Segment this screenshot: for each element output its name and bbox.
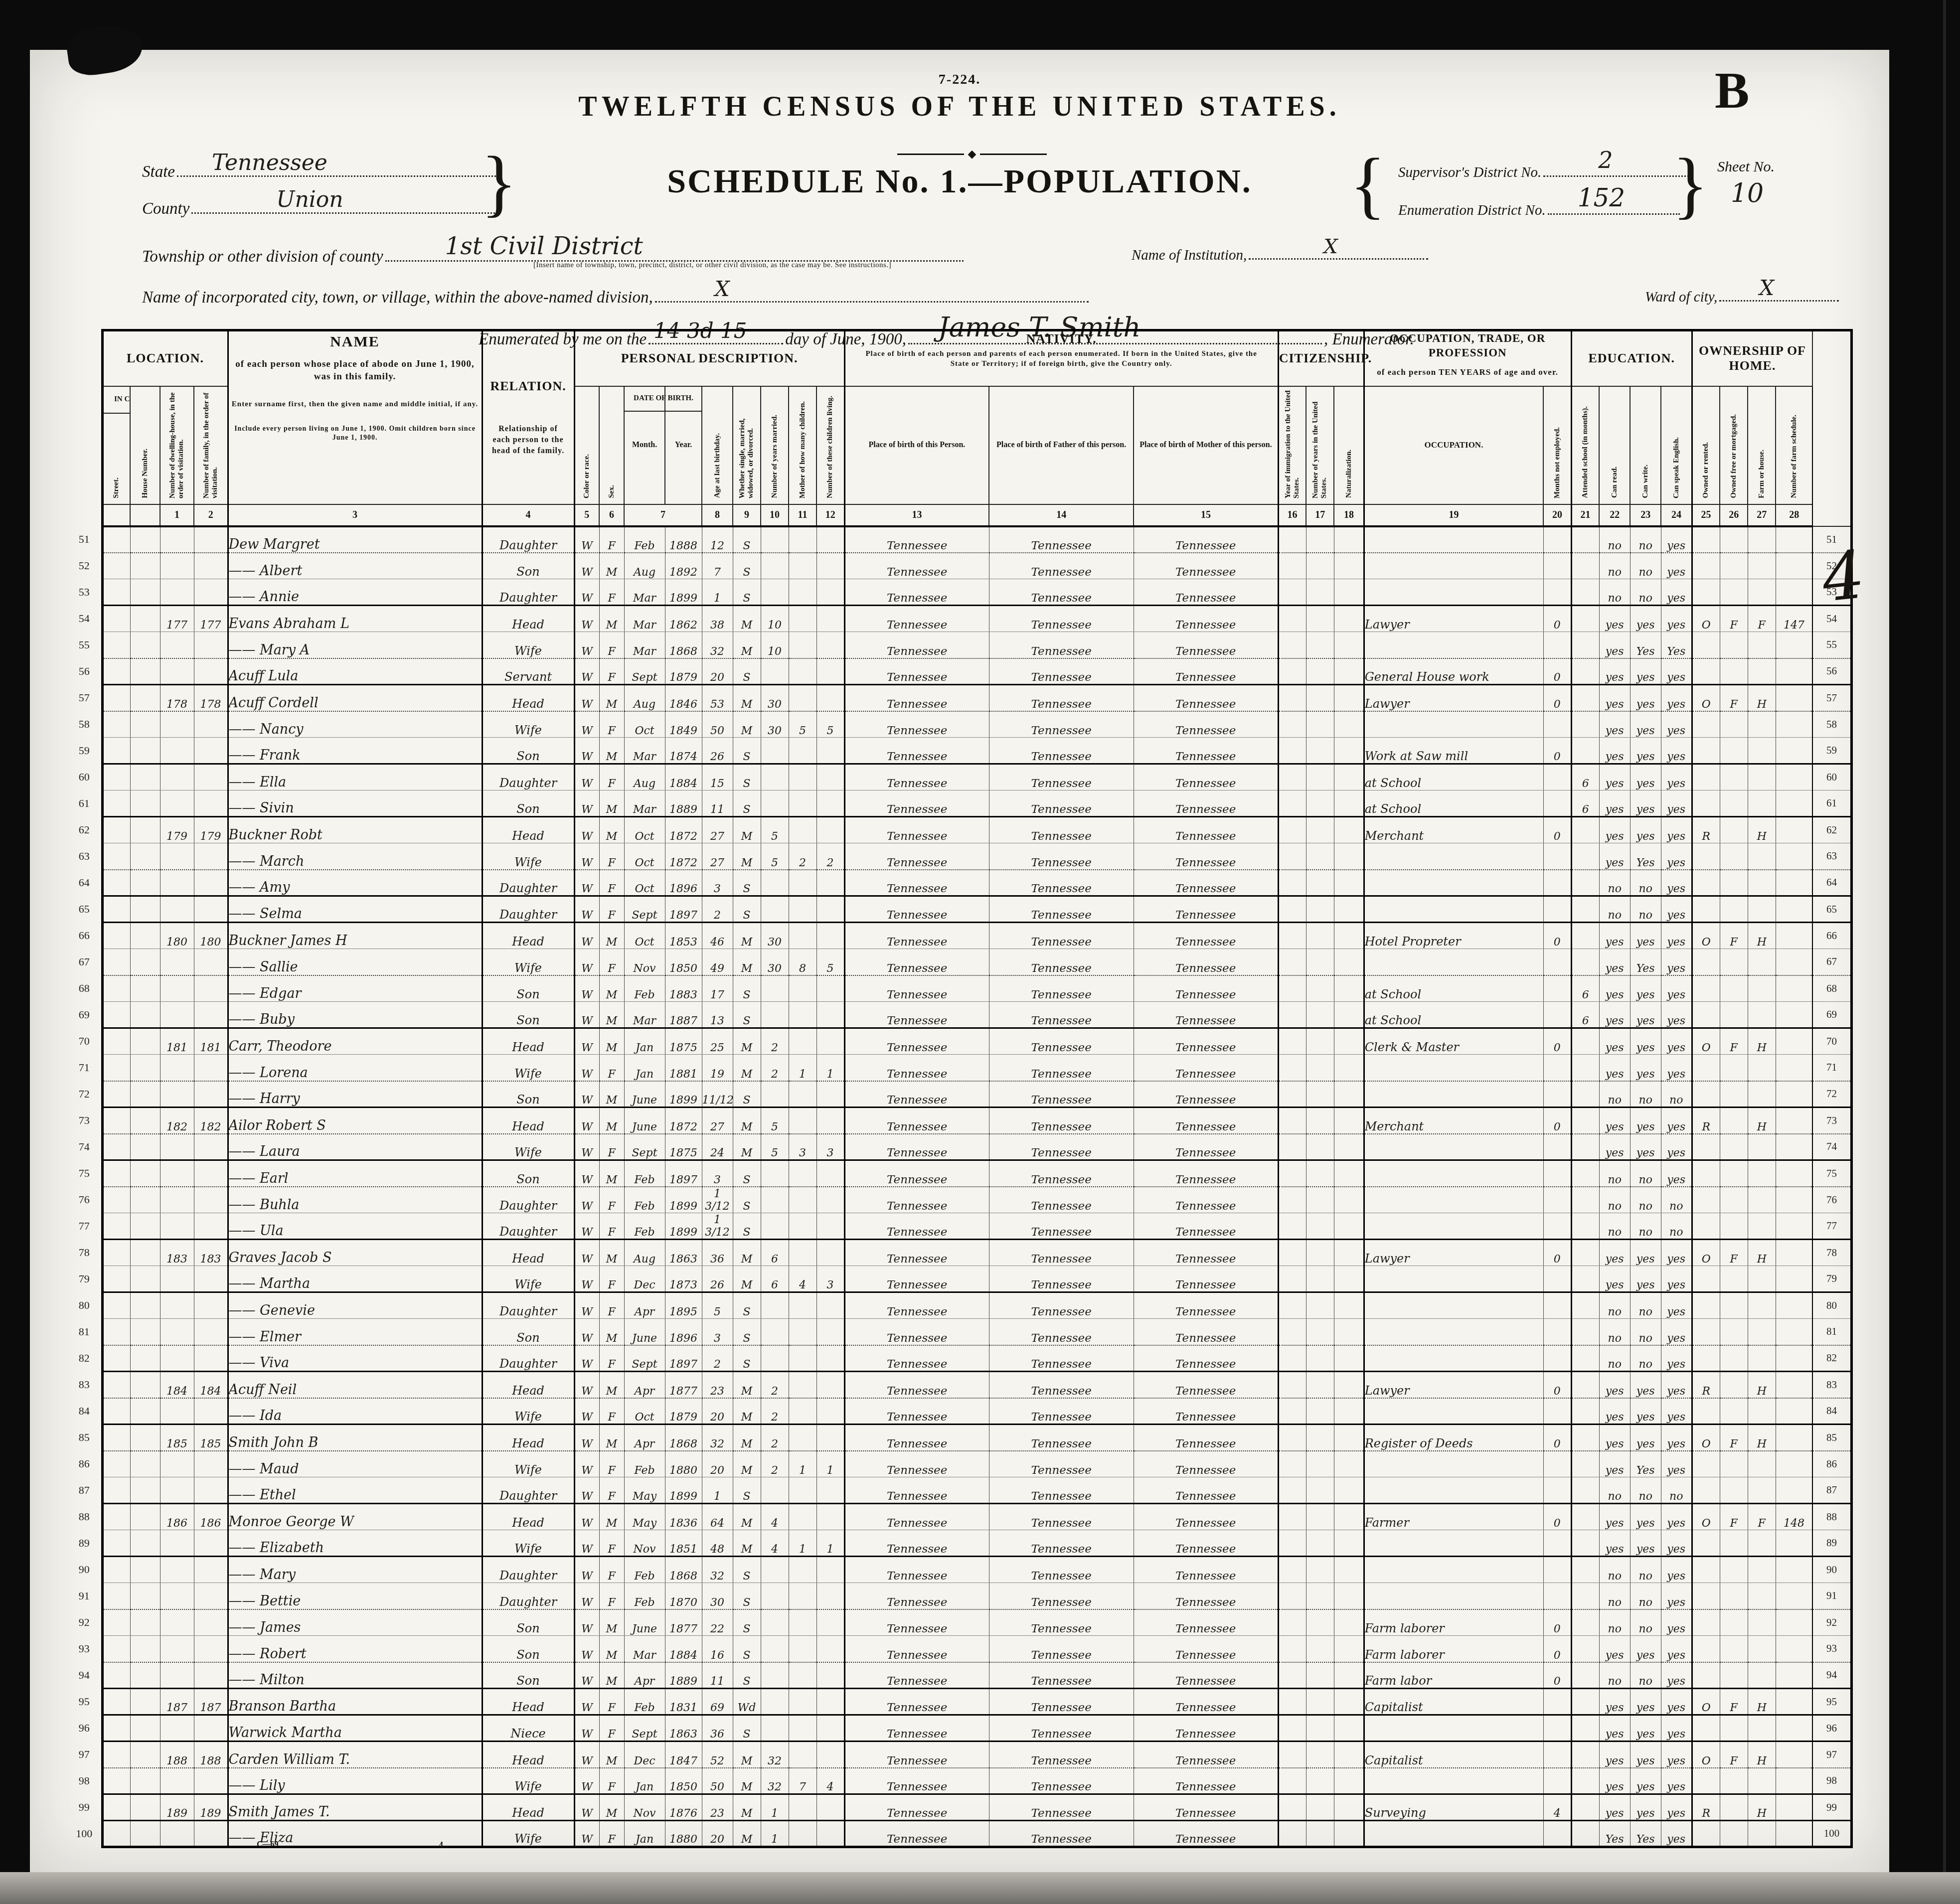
cell-relation: Wife — [482, 843, 574, 870]
cell-occupation — [1364, 1345, 1543, 1372]
cell-street — [102, 1081, 130, 1108]
cell-pob-father: Tennessee — [989, 526, 1134, 553]
table-row: 68 —— Edgar Son W M Feb 1883 17 S Tennes… — [67, 975, 1851, 1002]
cell-marital-status: M — [733, 1398, 761, 1425]
cell-years-in-us — [1306, 526, 1334, 553]
cell-farm-house — [1748, 1266, 1776, 1292]
cell-months-unemployed: 0 — [1543, 923, 1571, 949]
cell-pob-mother: Tennessee — [1134, 1451, 1278, 1477]
cell-children-living — [817, 764, 844, 791]
cell-farm-house — [1748, 791, 1776, 817]
cell-free-mortgaged — [1720, 1081, 1748, 1108]
cell-naturalization — [1334, 1319, 1364, 1345]
cell-owned-rented: R — [1692, 1794, 1720, 1821]
cell-years-married: 1 — [761, 1821, 789, 1847]
cell-street — [102, 1477, 130, 1504]
cell-pob-person: Tennessee — [844, 1768, 989, 1794]
cell-farm-schedule — [1776, 1134, 1812, 1160]
table-row: 52 —— Albert Son W M Aug 1892 7 S Tennes… — [67, 553, 1851, 579]
cell-name: Graves Jacob S — [228, 1240, 482, 1266]
cell-children-living — [817, 1372, 844, 1398]
cell-pob-father: Tennessee — [989, 1292, 1134, 1319]
cell-marital-status: M — [733, 1425, 761, 1451]
cell-occupation — [1364, 632, 1543, 658]
cell-color-race: W — [574, 738, 599, 764]
cell-can-write: no — [1630, 553, 1661, 579]
cell-attended-school — [1571, 1821, 1599, 1847]
cell-can-write: Yes — [1630, 843, 1661, 870]
line-number-left: 79 — [67, 1266, 102, 1292]
cell-naturalization — [1334, 1609, 1364, 1636]
col-marital-status: Whether single, married, widowed, or div… — [733, 386, 761, 504]
cell-months-unemployed — [1543, 1689, 1571, 1715]
cell-immigration-year — [1278, 1425, 1306, 1451]
cell-immigration-year — [1278, 1081, 1306, 1108]
cell-sex: M — [599, 1425, 624, 1451]
cell-attended-school — [1571, 1398, 1599, 1425]
cell-years-married — [761, 1213, 789, 1240]
cell-children-living — [817, 658, 844, 685]
cell-age: 50 — [702, 711, 733, 738]
cell-years-in-us — [1306, 1504, 1334, 1530]
cell-immigration-year — [1278, 1160, 1306, 1187]
line-number-right: 85 — [1812, 1425, 1851, 1451]
cell-color-race: W — [574, 1081, 599, 1108]
line-number-right: 77 — [1812, 1213, 1851, 1240]
cell-family-number — [194, 579, 228, 606]
cell-years-married — [761, 870, 789, 896]
cell-name: —— Ida — [228, 1398, 482, 1425]
cell-farm-schedule — [1776, 1662, 1812, 1689]
cell-pob-mother: Tennessee — [1134, 1530, 1278, 1557]
cell-immigration-year — [1278, 1583, 1306, 1609]
cell-can-write: yes — [1630, 685, 1661, 711]
cell-pob-mother: Tennessee — [1134, 1768, 1278, 1794]
cell-age: 26 — [702, 1266, 733, 1292]
cell-years-in-us — [1306, 738, 1334, 764]
cell-dwelling-number — [160, 579, 194, 606]
cell-attended-school — [1571, 1345, 1599, 1372]
cell-years-in-us — [1306, 1240, 1334, 1266]
form-print-code: C—69 — [257, 1840, 279, 1849]
cell-sex: M — [599, 1742, 624, 1768]
cell-birth-month: Jan — [624, 1055, 665, 1081]
cell-years-in-us — [1306, 1715, 1334, 1742]
cell-marital-status: S — [733, 1583, 761, 1609]
cell-name: Monroe George W — [228, 1504, 482, 1530]
col-owned-rented: Owned or rented. — [1692, 386, 1720, 504]
cell-owned-rented: O — [1692, 1425, 1720, 1451]
cell-children-living — [817, 1557, 844, 1583]
cell-farm-schedule — [1776, 1689, 1812, 1715]
cell-pob-mother: Tennessee — [1134, 685, 1278, 711]
cell-can-read: no — [1599, 1557, 1630, 1583]
cell-can-speak-english: yes — [1661, 1160, 1692, 1187]
cell-mother-of-children — [789, 817, 817, 843]
cell-pob-person: Tennessee — [844, 1372, 989, 1398]
line-number-right: 76 — [1812, 1187, 1851, 1213]
cell-relation: Daughter — [482, 896, 574, 923]
cell-sex: M — [599, 1794, 624, 1821]
cell-farm-schedule — [1776, 1583, 1812, 1609]
cell-pob-father: Tennessee — [989, 1187, 1134, 1213]
cell-birth-month: Aug — [624, 685, 665, 711]
scan-bottom-edge — [0, 1872, 1960, 1904]
cell-birth-month: Feb — [624, 1187, 665, 1213]
cell-mother-of-children — [789, 1160, 817, 1187]
line-number-left: 52 — [67, 553, 102, 579]
cell-birth-month: Jan — [624, 1768, 665, 1794]
cell-house-number — [130, 711, 160, 738]
cell-birth-month: Jan — [624, 1821, 665, 1847]
cell-name: —— Amy — [228, 870, 482, 896]
cell-color-race: W — [574, 526, 599, 553]
cell-dwelling-number: 180 — [160, 923, 194, 949]
cell-pob-person: Tennessee — [844, 1213, 989, 1240]
cell-pob-father: Tennessee — [989, 1028, 1134, 1055]
cell-owned-rented — [1692, 1715, 1720, 1742]
cell-children-living: 1 — [817, 1055, 844, 1081]
cell-can-read: yes — [1599, 658, 1630, 685]
cell-owned-rented — [1692, 579, 1720, 606]
col-house-number: House Number. — [130, 386, 160, 504]
cell-can-speak-english: yes — [1661, 1266, 1692, 1292]
cell-free-mortgaged — [1720, 553, 1748, 579]
cell-can-read: no — [1599, 1583, 1630, 1609]
cell-pob-mother: Tennessee — [1134, 526, 1278, 553]
line-number-left: 71 — [67, 1055, 102, 1081]
cell-free-mortgaged — [1720, 632, 1748, 658]
cell-dwelling-number — [160, 1530, 194, 1557]
cell-years-married — [761, 1609, 789, 1636]
cell-farm-schedule — [1776, 553, 1812, 579]
cell-street — [102, 1504, 130, 1530]
cell-months-unemployed — [1543, 870, 1571, 896]
cell-can-speak-english: no — [1661, 1477, 1692, 1504]
cell-name: —— Viva — [228, 1345, 482, 1372]
cell-pob-person: Tennessee — [844, 1292, 989, 1319]
cell-mother-of-children — [789, 870, 817, 896]
cell-sex: F — [599, 1477, 624, 1504]
cell-age: 1 3/12 — [702, 1187, 733, 1213]
cell-color-race: W — [574, 632, 599, 658]
cell-pob-mother: Tennessee — [1134, 1292, 1278, 1319]
cell-color-race: W — [574, 1266, 599, 1292]
cell-pob-father: Tennessee — [989, 764, 1134, 791]
cell-naturalization — [1334, 1292, 1364, 1319]
cell-free-mortgaged — [1720, 1715, 1748, 1742]
cell-birth-month: Sept — [624, 1134, 665, 1160]
cell-farm-house — [1748, 1821, 1776, 1847]
table-body: 51 Dew Margret Daughter W F Feb 1888 12 … — [67, 526, 1851, 1847]
cell-years-in-us — [1306, 923, 1334, 949]
cell-months-unemployed — [1543, 1398, 1571, 1425]
cell-immigration-year — [1278, 1821, 1306, 1847]
cell-attended-school — [1571, 1425, 1599, 1451]
col-free-mortgaged: Owned free or mortgaged. — [1720, 386, 1748, 504]
cell-occupation — [1364, 1319, 1543, 1345]
cell-dwelling-number — [160, 949, 194, 975]
cell-children-living — [817, 1319, 844, 1345]
table-row: 71 —— Lorena Wife W F Jan 1881 19 M 2 1 … — [67, 1055, 1851, 1081]
cell-sex: M — [599, 1081, 624, 1108]
cell-months-unemployed — [1543, 949, 1571, 975]
cell-relation: Wife — [482, 1768, 574, 1794]
cell-age: 3 — [702, 1160, 733, 1187]
cell-family-number — [194, 1583, 228, 1609]
cell-can-speak-english: yes — [1661, 1768, 1692, 1794]
cell-house-number — [130, 1372, 160, 1398]
cell-can-write: yes — [1630, 1715, 1661, 1742]
cell-age: 20 — [702, 1451, 733, 1477]
cell-marital-status: M — [733, 606, 761, 632]
cell-pob-father: Tennessee — [989, 1583, 1134, 1609]
cell-pob-person: Tennessee — [844, 1187, 989, 1213]
cell-occupation — [1364, 1081, 1543, 1108]
cell-pob-mother: Tennessee — [1134, 1055, 1278, 1081]
cell-birth-month: Mar — [624, 1002, 665, 1028]
cell-months-unemployed: 0 — [1543, 606, 1571, 632]
cell-house-number — [130, 791, 160, 817]
cell-immigration-year — [1278, 949, 1306, 975]
cell-free-mortgaged — [1720, 975, 1748, 1002]
cell-naturalization — [1334, 791, 1364, 817]
cell-name: —— Mary A — [228, 632, 482, 658]
cell-age: 20 — [702, 1821, 733, 1847]
cell-can-write: yes — [1630, 1530, 1661, 1557]
cell-can-write: yes — [1630, 1372, 1661, 1398]
cell-owned-rented — [1692, 1398, 1720, 1425]
table-row: 72 —— Harry Son W M June 1899 11/12 S Te… — [67, 1081, 1851, 1108]
cell-pob-father: Tennessee — [989, 1609, 1134, 1636]
cell-family-number — [194, 1055, 228, 1081]
cell-owned-rented — [1692, 1345, 1720, 1372]
township-note: [Insert name of township, town, precinct… — [533, 261, 891, 270]
cell-family-number — [194, 843, 228, 870]
cell-can-write: yes — [1630, 1002, 1661, 1028]
cell-mother-of-children — [789, 1372, 817, 1398]
cell-occupation — [1364, 1187, 1543, 1213]
cell-occupation: Farm laborer — [1364, 1636, 1543, 1662]
cell-attended-school — [1571, 1768, 1599, 1794]
cell-color-race: W — [574, 1768, 599, 1794]
cell-marital-status: M — [733, 1028, 761, 1055]
line-number-right: 88 — [1812, 1504, 1851, 1530]
cell-birth-year: 1868 — [665, 1425, 702, 1451]
cell-years-in-us — [1306, 764, 1334, 791]
cell-immigration-year — [1278, 1451, 1306, 1477]
cell-family-number — [194, 791, 228, 817]
cell-years-in-us — [1306, 1028, 1334, 1055]
cell-can-read: yes — [1599, 1266, 1630, 1292]
cell-age: 50 — [702, 1768, 733, 1794]
cell-relation: Head — [482, 685, 574, 711]
cell-color-race: W — [574, 1715, 599, 1742]
table-row: 88 186 186 Monroe George W Head W M May … — [67, 1504, 1851, 1530]
cell-relation: Head — [482, 1689, 574, 1715]
line-number-right: 75 — [1812, 1160, 1851, 1187]
cell-naturalization — [1334, 711, 1364, 738]
cell-relation: Head — [482, 1240, 574, 1266]
cell-occupation: Lawyer — [1364, 1372, 1543, 1398]
cell-immigration-year — [1278, 1345, 1306, 1372]
line-number-left: 73 — [67, 1108, 102, 1134]
cell-birth-month: Nov — [624, 1530, 665, 1557]
cell-color-race: W — [574, 1530, 599, 1557]
cell-naturalization — [1334, 606, 1364, 632]
cell-children-living: 4 — [817, 1768, 844, 1794]
cell-pob-person: Tennessee — [844, 1134, 989, 1160]
cell-immigration-year — [1278, 791, 1306, 817]
line-number-left: 97 — [67, 1742, 102, 1768]
cell-farm-schedule — [1776, 817, 1812, 843]
cell-free-mortgaged — [1720, 1319, 1748, 1345]
cell-farm-house — [1748, 975, 1776, 1002]
cell-owned-rented — [1692, 1081, 1720, 1108]
col-attended-school: Attended school (in months). — [1571, 386, 1599, 504]
col-pob-father: Place of birth of Father of this person. — [989, 386, 1134, 504]
cell-house-number — [130, 817, 160, 843]
table-row: 84 —— Ida Wife W F Oct 1879 20 M 2 Tenne… — [67, 1398, 1851, 1425]
cell-relation: Wife — [482, 949, 574, 975]
cell-mother-of-children — [789, 764, 817, 791]
cell-farm-schedule — [1776, 1425, 1812, 1451]
table-row: 75 —— Earl Son W M Feb 1897 3 S Tennesse… — [67, 1160, 1851, 1187]
line-number-right: 84 — [1812, 1398, 1851, 1425]
cell-age: 46 — [702, 923, 733, 949]
cell-house-number — [130, 949, 160, 975]
cell-pob-mother: Tennessee — [1134, 896, 1278, 923]
cell-dwelling-number: 179 — [160, 817, 194, 843]
cell-farm-house — [1748, 1398, 1776, 1425]
cell-immigration-year — [1278, 817, 1306, 843]
cell-age: 7 — [702, 553, 733, 579]
cell-pob-person: Tennessee — [844, 1028, 989, 1055]
cell-age: 23 — [702, 1794, 733, 1821]
cell-relation: Daughter — [482, 870, 574, 896]
line-number-left: 74 — [67, 1134, 102, 1160]
cell-color-race: W — [574, 1319, 599, 1345]
cell-pob-mother: Tennessee — [1134, 1266, 1278, 1292]
cell-mother-of-children — [789, 1345, 817, 1372]
cell-name: Ailor Robert S — [228, 1108, 482, 1134]
cell-name: —— Buby — [228, 1002, 482, 1028]
col-farm-house: Farm or house. — [1748, 386, 1776, 504]
cell-birth-year: 1868 — [665, 1557, 702, 1583]
cell-color-race: W — [574, 1662, 599, 1689]
cell-months-unemployed: 0 — [1543, 738, 1571, 764]
cell-owned-rented — [1692, 1266, 1720, 1292]
cell-color-race: W — [574, 896, 599, 923]
cell-house-number — [130, 553, 160, 579]
cell-mother-of-children — [789, 975, 817, 1002]
cell-family-number: 187 — [194, 1689, 228, 1715]
cell-free-mortgaged — [1720, 1530, 1748, 1557]
cell-relation: Wife — [482, 1398, 574, 1425]
cell-can-read: yes — [1599, 1689, 1630, 1715]
cell-months-unemployed — [1543, 1530, 1571, 1557]
cell-name: —— Laura — [228, 1134, 482, 1160]
cell-birth-month: June — [624, 1319, 665, 1345]
cell-relation: Son — [482, 1609, 574, 1636]
cell-marital-status: M — [733, 923, 761, 949]
cell-street — [102, 817, 130, 843]
cell-pob-mother: Tennessee — [1134, 949, 1278, 975]
cell-years-married: 1 — [761, 1794, 789, 1821]
cell-can-speak-english: yes — [1661, 1108, 1692, 1134]
cell-mother-of-children — [789, 1504, 817, 1530]
cell-dwelling-number — [160, 1187, 194, 1213]
cell-immigration-year — [1278, 1530, 1306, 1557]
cell-mother-of-children — [789, 1821, 817, 1847]
line-number-left: 66 — [67, 923, 102, 949]
cell-name: —— Bettie — [228, 1583, 482, 1609]
cell-can-read: yes — [1599, 711, 1630, 738]
cell-age: 64 — [702, 1504, 733, 1530]
table-row: 77 —— Ula Daughter W F Feb 1899 1 3/12 S… — [67, 1213, 1851, 1240]
cell-immigration-year — [1278, 685, 1306, 711]
cell-can-write: yes — [1630, 1398, 1661, 1425]
cell-can-write: no — [1630, 1213, 1661, 1240]
cell-street — [102, 1372, 130, 1398]
cell-farm-house — [1748, 1081, 1776, 1108]
cell-age: 49 — [702, 949, 733, 975]
cell-color-race: W — [574, 606, 599, 632]
cell-farm-schedule — [1776, 1240, 1812, 1266]
cell-sex: M — [599, 1240, 624, 1266]
cell-occupation — [1364, 711, 1543, 738]
cell-relation: Niece — [482, 1715, 574, 1742]
cell-sex: M — [599, 1108, 624, 1134]
cell-mother-of-children — [789, 738, 817, 764]
table-row: 73 182 182 Ailor Robert S Head W M June … — [67, 1108, 1851, 1134]
cell-can-read: no — [1599, 553, 1630, 579]
cell-years-married: 6 — [761, 1240, 789, 1266]
cell-attended-school — [1571, 685, 1599, 711]
cell-marital-status: M — [733, 685, 761, 711]
cell-immigration-year — [1278, 526, 1306, 553]
cell-birth-month: June — [624, 1081, 665, 1108]
line-number-left: 84 — [67, 1398, 102, 1425]
cell-years-in-us — [1306, 1372, 1334, 1398]
cell-birth-month: May — [624, 1504, 665, 1530]
table-row: 65 —— Selma Daughter W F Sept 1897 2 S T… — [67, 896, 1851, 923]
cell-color-race: W — [574, 1504, 599, 1530]
cell-free-mortgaged: F — [1720, 685, 1748, 711]
cell-children-living — [817, 1160, 844, 1187]
cell-immigration-year — [1278, 1742, 1306, 1768]
cell-free-mortgaged — [1720, 711, 1748, 738]
cell-can-read: no — [1599, 870, 1630, 896]
cell-pob-person: Tennessee — [844, 685, 989, 711]
cell-family-number — [194, 1398, 228, 1425]
cell-can-speak-english: yes — [1661, 817, 1692, 843]
cell-can-speak-english: yes — [1661, 1715, 1692, 1742]
cell-farm-schedule — [1776, 1451, 1812, 1477]
cell-dwelling-number — [160, 738, 194, 764]
cell-age: 13 — [702, 1002, 733, 1028]
cell-free-mortgaged — [1720, 1372, 1748, 1398]
cell-occupation — [1364, 843, 1543, 870]
col-mother-of-children: Mother of how many children. — [789, 386, 817, 504]
left-gutter-header — [67, 330, 102, 526]
cell-pob-mother: Tennessee — [1134, 791, 1278, 817]
cell-relation: Wife — [482, 1055, 574, 1081]
cell-house-number — [130, 1583, 160, 1609]
col-years-in-us: Number of years in the United States. — [1306, 386, 1334, 504]
cell-farm-house — [1748, 1292, 1776, 1319]
cell-pob-mother: Tennessee — [1134, 923, 1278, 949]
